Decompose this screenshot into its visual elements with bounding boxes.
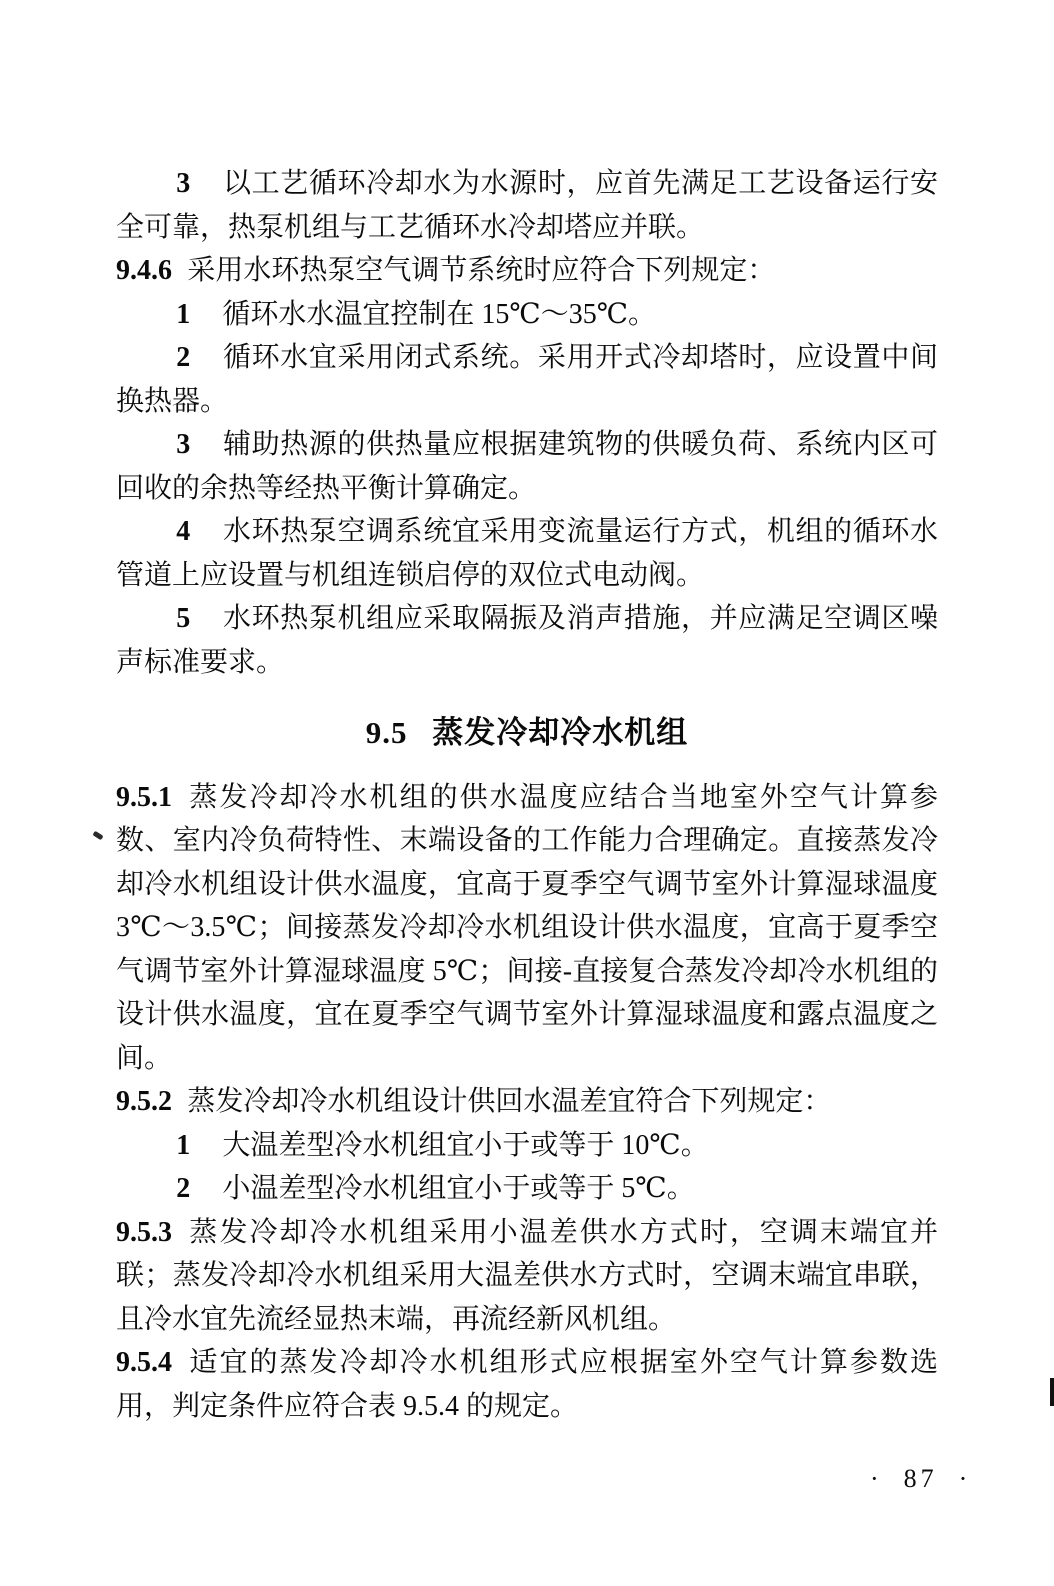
paragraph-text: 小温差型冷水机组宜小于或等于 5℃。 [222,1173,694,1204]
sub-item-paragraph: 4水环热泵空调系统宜采用变流量运行方式，机组的循环水管道上应设置与机组连锁启停的… [116,510,938,597]
paragraph-text: 辅助热源的供热量应根据建筑物的供暖负荷、系统内区可回收的余热等经热平衡计算确定。 [116,429,938,504]
sub-item-paragraph: 3辅助热源的供热量应根据建筑物的供暖负荷、系统内区可回收的余热等经热平衡计算确定… [116,423,938,510]
paragraph-text: 以工艺循环冷却水为水源时，应首先满足工艺设备运行安全可靠，热泵机组与工艺循环水冷… [116,168,938,243]
sub-item-paragraph: 1大温差型冷水机组宜小于或等于 10℃。 [116,1124,938,1168]
sub-item-number: 2 [176,342,190,373]
sub-item-number: 1 [176,1130,190,1161]
paragraph-text: 水环热泵机组应采取隔振及消声措施，并应满足空调区噪声标准要求。 [116,603,938,678]
clause-number: 9.5.2 [116,1086,172,1117]
paragraph-text: 循环水水温宜控制在 15℃～35℃。 [222,299,656,330]
page-number-text: · 87 · [870,1464,971,1493]
paragraph-text: 适宜的蒸发冷却冷水机组形式应根据室外空气计算参数选用，判定条件应符合表 9.5.… [116,1347,938,1422]
sub-item-number: 4 [176,516,190,547]
scan-edge-artifact [1050,1378,1054,1406]
page-body: 3以工艺循环冷却水为水源时，应首先满足工艺设备运行安全可靠，热泵机组与工艺循环水… [116,162,938,1428]
section-heading-number: 9.5 [366,715,408,750]
clause-paragraph: 9.5.1蒸发冷却冷水机组的供水温度应结合当地室外空气计算参数、室内冷负荷特性、… [116,776,938,1081]
paragraph-text: 大温差型冷水机组宜小于或等于 10℃。 [222,1130,708,1161]
paragraph-text: 蒸发冷却冷水机组采用小温差供水方式时，空调末端宜并联；蒸发冷却冷水机组采用大温差… [116,1217,938,1335]
sub-item-number: 2 [176,1173,190,1204]
clause-paragraph: 9.5.4适宜的蒸发冷却冷水机组形式应根据室外空气计算参数选用，判定条件应符合表… [116,1341,938,1428]
clause-paragraph: 9.4.6采用水环热泵空气调节系统时应符合下列规定： [116,249,938,293]
sub-item-number: 3 [176,429,190,460]
clause-paragraph: 9.5.3蒸发冷却冷水机组采用小温差供水方式时，空调末端宜并联；蒸发冷却冷水机组… [116,1211,938,1342]
sub-item-number: 3 [176,168,190,199]
clause-number: 9.5.3 [116,1217,172,1248]
paragraph-text: 蒸发冷却冷水机组的供水温度应结合当地室外空气计算参数、室内冷负荷特性、末端设备的… [116,782,938,1074]
clause-number: 9.4.6 [116,255,172,286]
clause-number: 9.5.1 [116,782,172,813]
page-number: · 87 · [828,1434,971,1524]
sub-item-paragraph: 2小温差型冷水机组宜小于或等于 5℃。 [116,1167,938,1211]
sub-item-paragraph: 5水环热泵机组应采取隔振及消声措施，并应满足空调区噪声标准要求。 [116,597,938,684]
paragraph-text: 采用水环热泵空气调节系统时应符合下列规定： [187,255,775,286]
scan-speck-artifact [92,831,103,841]
paragraph-text: 循环水宜采用闭式系统。采用开式冷却塔时，应设置中间换热器。 [116,342,938,417]
paragraph-text: 蒸发冷却冷水机组设计供回水温差宜符合下列规定： [187,1086,831,1117]
sub-item-paragraph: 2循环水宜采用闭式系统。采用开式冷却塔时，应设置中间换热器。 [116,336,938,423]
clause-paragraph: 9.5.2蒸发冷却冷水机组设计供回水温差宜符合下列规定： [116,1080,938,1124]
sub-item-paragraph: 3以工艺循环冷却水为水源时，应首先满足工艺设备运行安全可靠，热泵机组与工艺循环水… [116,162,938,249]
section-heading-title: 蒸发冷却冷水机组 [432,715,688,750]
paragraph-text: 水环热泵空调系统宜采用变流量运行方式，机组的循环水管道上应设置与机组连锁启停的双… [116,516,938,591]
document-page: 3以工艺循环冷却水为水源时，应首先满足工艺设备运行安全可靠，热泵机组与工艺循环水… [0,0,1054,1586]
sub-item-number: 1 [176,299,190,330]
sub-item-number: 5 [176,603,190,634]
clause-number: 9.5.4 [116,1347,172,1378]
sub-item-paragraph: 1循环水水温宜控制在 15℃～35℃。 [116,293,938,337]
section-heading: 9.5蒸发冷却冷水机组 [116,711,938,755]
